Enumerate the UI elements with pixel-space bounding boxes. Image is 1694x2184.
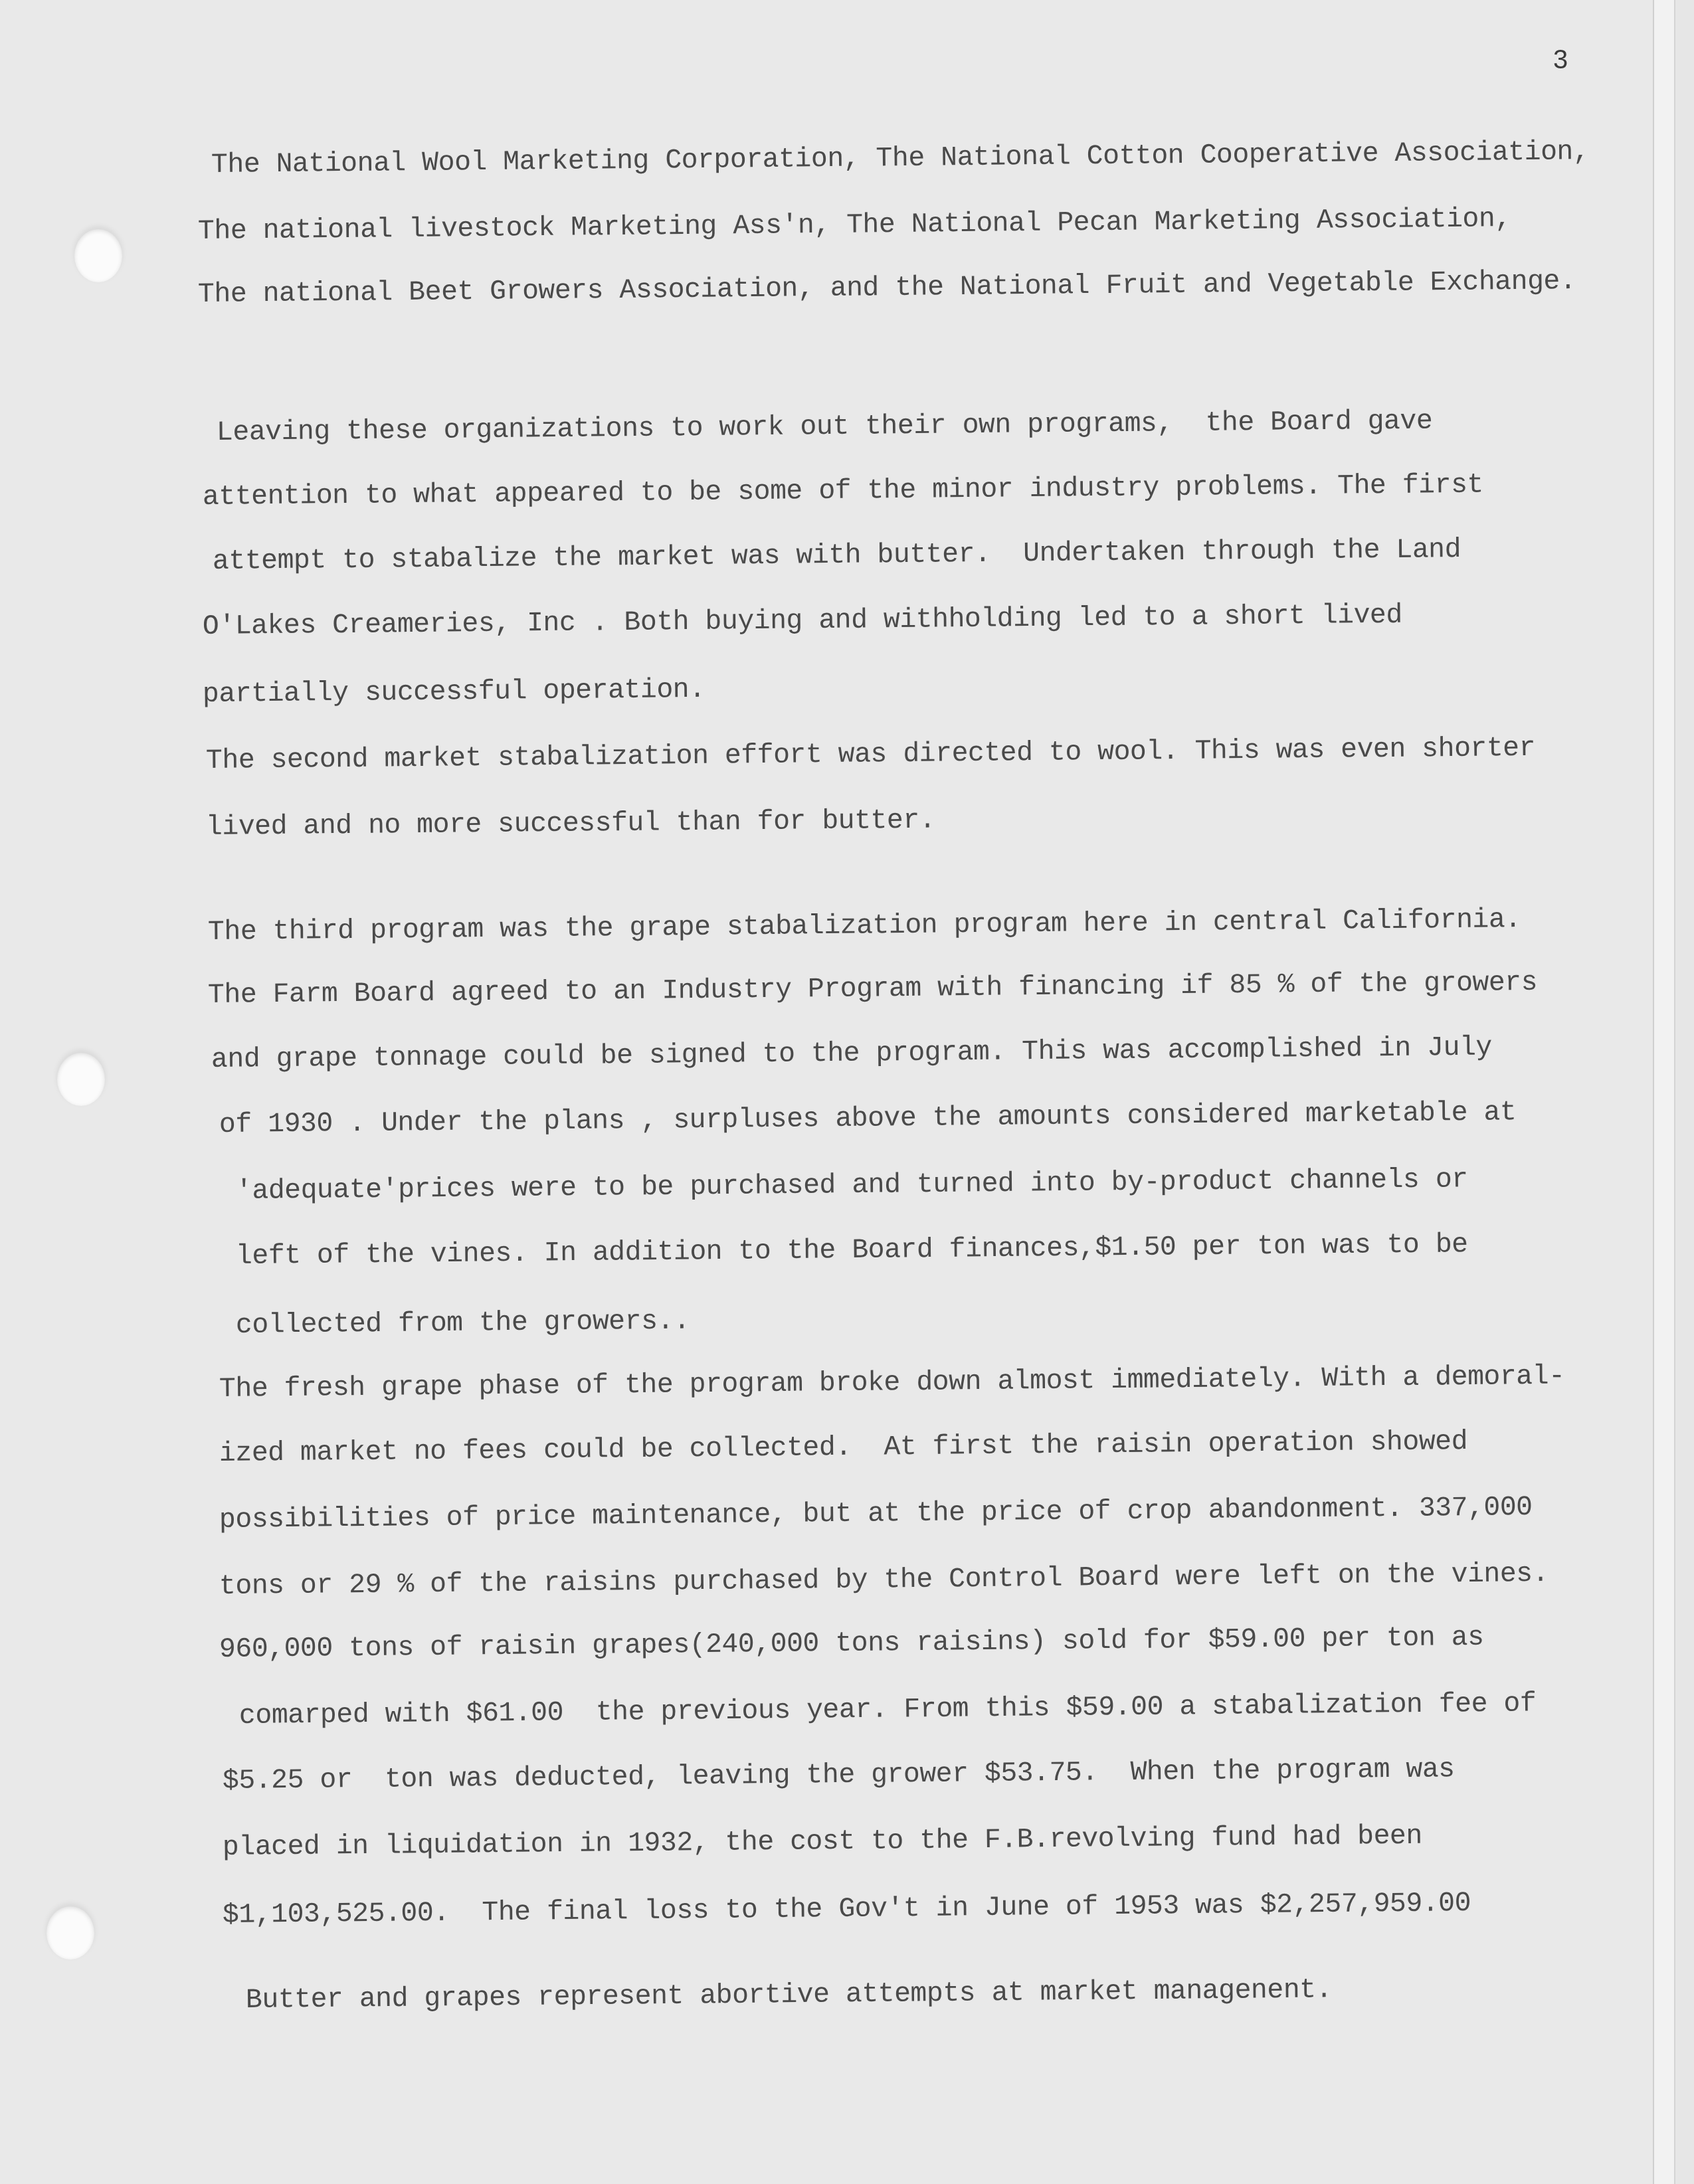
punch-hole-middle (57, 1053, 105, 1106)
text-line: partially successful operation. (203, 674, 706, 710)
text-line: Leaving these organizations to work out … (217, 405, 1433, 448)
text-line: ized market no fees could be collected. … (219, 1426, 1467, 1469)
text-line: The third program was the grape stabaliz… (208, 904, 1521, 948)
text-line: and grape tonnage could be signed to the… (211, 1032, 1492, 1075)
page-number: 3 (1553, 45, 1568, 75)
text-line: $5.25 or ton was deducted, leaving the g… (223, 1754, 1455, 1797)
text-line: lived and no more successful than for bu… (206, 804, 936, 843)
document-page: 3 The National Wool Marketing Corporatio… (0, 0, 1674, 2184)
text-line: 'adequate'prices were to be purchased an… (236, 1164, 1468, 1207)
text-line: Butter and grapes represent abortive att… (246, 1974, 1332, 2016)
text-line: attention to what appeared to be some of… (203, 469, 1483, 513)
text-line: left of the vines. In addition to the Bo… (236, 1229, 1468, 1272)
text-line: possibilities of price maintenance, but … (219, 1492, 1533, 1536)
text-line: The fresh grape phase of the program bro… (219, 1361, 1565, 1405)
text-line: O'Lakes Creameries, Inc . Both buying an… (203, 600, 1402, 642)
text-line: collected from the growers.. (236, 1305, 690, 1341)
text-line: of 1930 . Under the plans , surpluses ab… (219, 1097, 1517, 1140)
text-line: attempt to stabalize the market was with… (213, 534, 1461, 577)
text-line: comarped with $61.00 the previous year. … (239, 1688, 1537, 1732)
punch-hole-top (74, 229, 122, 282)
text-line: The Farm Board agreed to an Industry Pro… (208, 967, 1537, 1011)
page-edge (1653, 0, 1674, 2184)
text-line: The second market stabalization effort w… (206, 733, 1535, 776)
text-line: The national livestock Marketing Ass'n, … (198, 203, 1511, 247)
text-line: 960,000 tons of raisin grapes(240,000 to… (219, 1622, 1484, 1665)
text-line: placed in liquidation in 1932, the cost … (223, 1821, 1422, 1863)
text-line: The national Beet Growers Association, a… (198, 266, 1576, 310)
text-line: tons or 29 % of the raisins purchased by… (219, 1558, 1549, 1602)
punch-hole-bottom (47, 1906, 94, 1959)
text-line: $1,103,525.00. The final loss to the Gov… (223, 1888, 1471, 1931)
text-line: The National Wool Marketing Corporation,… (211, 136, 1590, 181)
